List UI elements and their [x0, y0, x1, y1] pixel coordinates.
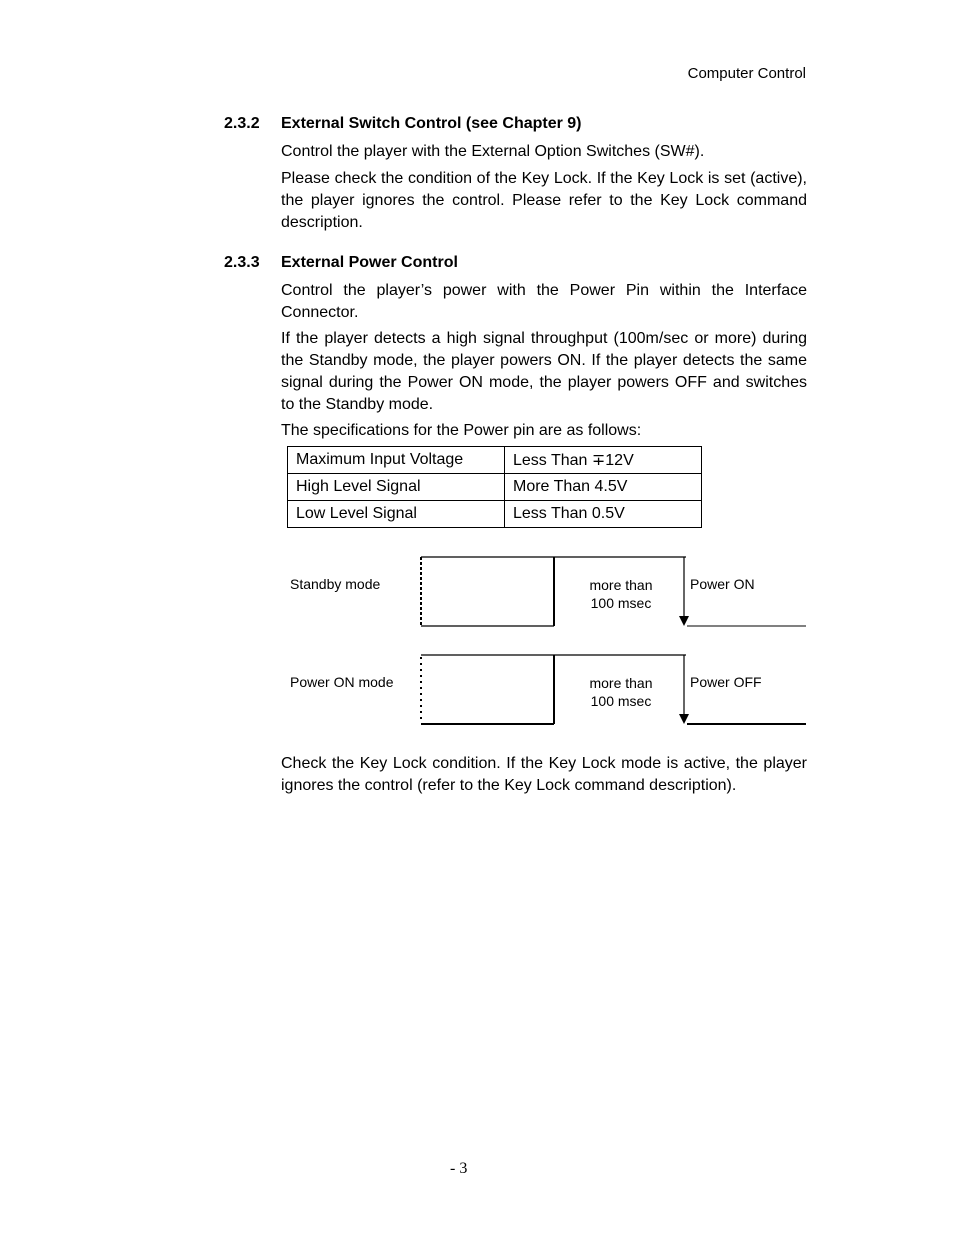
diagram-result-label: Power OFF [690, 674, 762, 690]
duration-line: 100 msec [571, 594, 671, 612]
diagram-result-label: Power ON [690, 576, 755, 592]
paragraph: Check the Key Lock condition. If the Key… [281, 753, 807, 797]
arrow-down-icon [679, 616, 689, 626]
timing-diagram [0, 0, 954, 1235]
diagram-duration-label: more than 100 msec [571, 674, 671, 710]
page-number: - 3 [450, 1160, 467, 1178]
diagram-mode-label: Power ON mode [290, 674, 393, 690]
diagram-duration-label: more than 100 msec [571, 576, 671, 612]
duration-line: more than [571, 674, 671, 692]
duration-line: more than [571, 576, 671, 594]
diagram-mode-label: Standby mode [290, 576, 380, 592]
arrow-down-icon [679, 714, 689, 724]
duration-line: 100 msec [571, 692, 671, 710]
